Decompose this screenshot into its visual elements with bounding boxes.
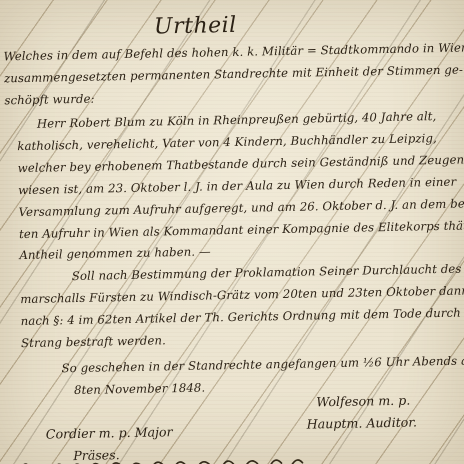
signature-right-title: Hauptm. Auditor. <box>307 411 418 435</box>
sentence-paragraph: Soll nach Bestimmung der Proklamation Se… <box>20 258 464 355</box>
signature-left-name: Cordier m. p. Major <box>46 421 173 445</box>
handwritten-text-layer: Urtheil Welches in dem auf Befehl des ho… <box>0 0 464 464</box>
verdict-paragraph: Herr Robert Blum zu Köln in Rheinpreußen… <box>17 105 464 268</box>
manuscript-page: Urtheil Welches in dem auf Befehl des ho… <box>0 0 464 464</box>
preamble-paragraph: Welches in dem auf Befehl des hohen k. k… <box>3 37 464 112</box>
document-title: Urtheil <box>154 13 237 41</box>
signature-right-name: Wolfeson m. p. <box>306 389 417 413</box>
signature-auditor: Wolfeson m. p. Hauptm. Auditor. <box>306 389 417 435</box>
